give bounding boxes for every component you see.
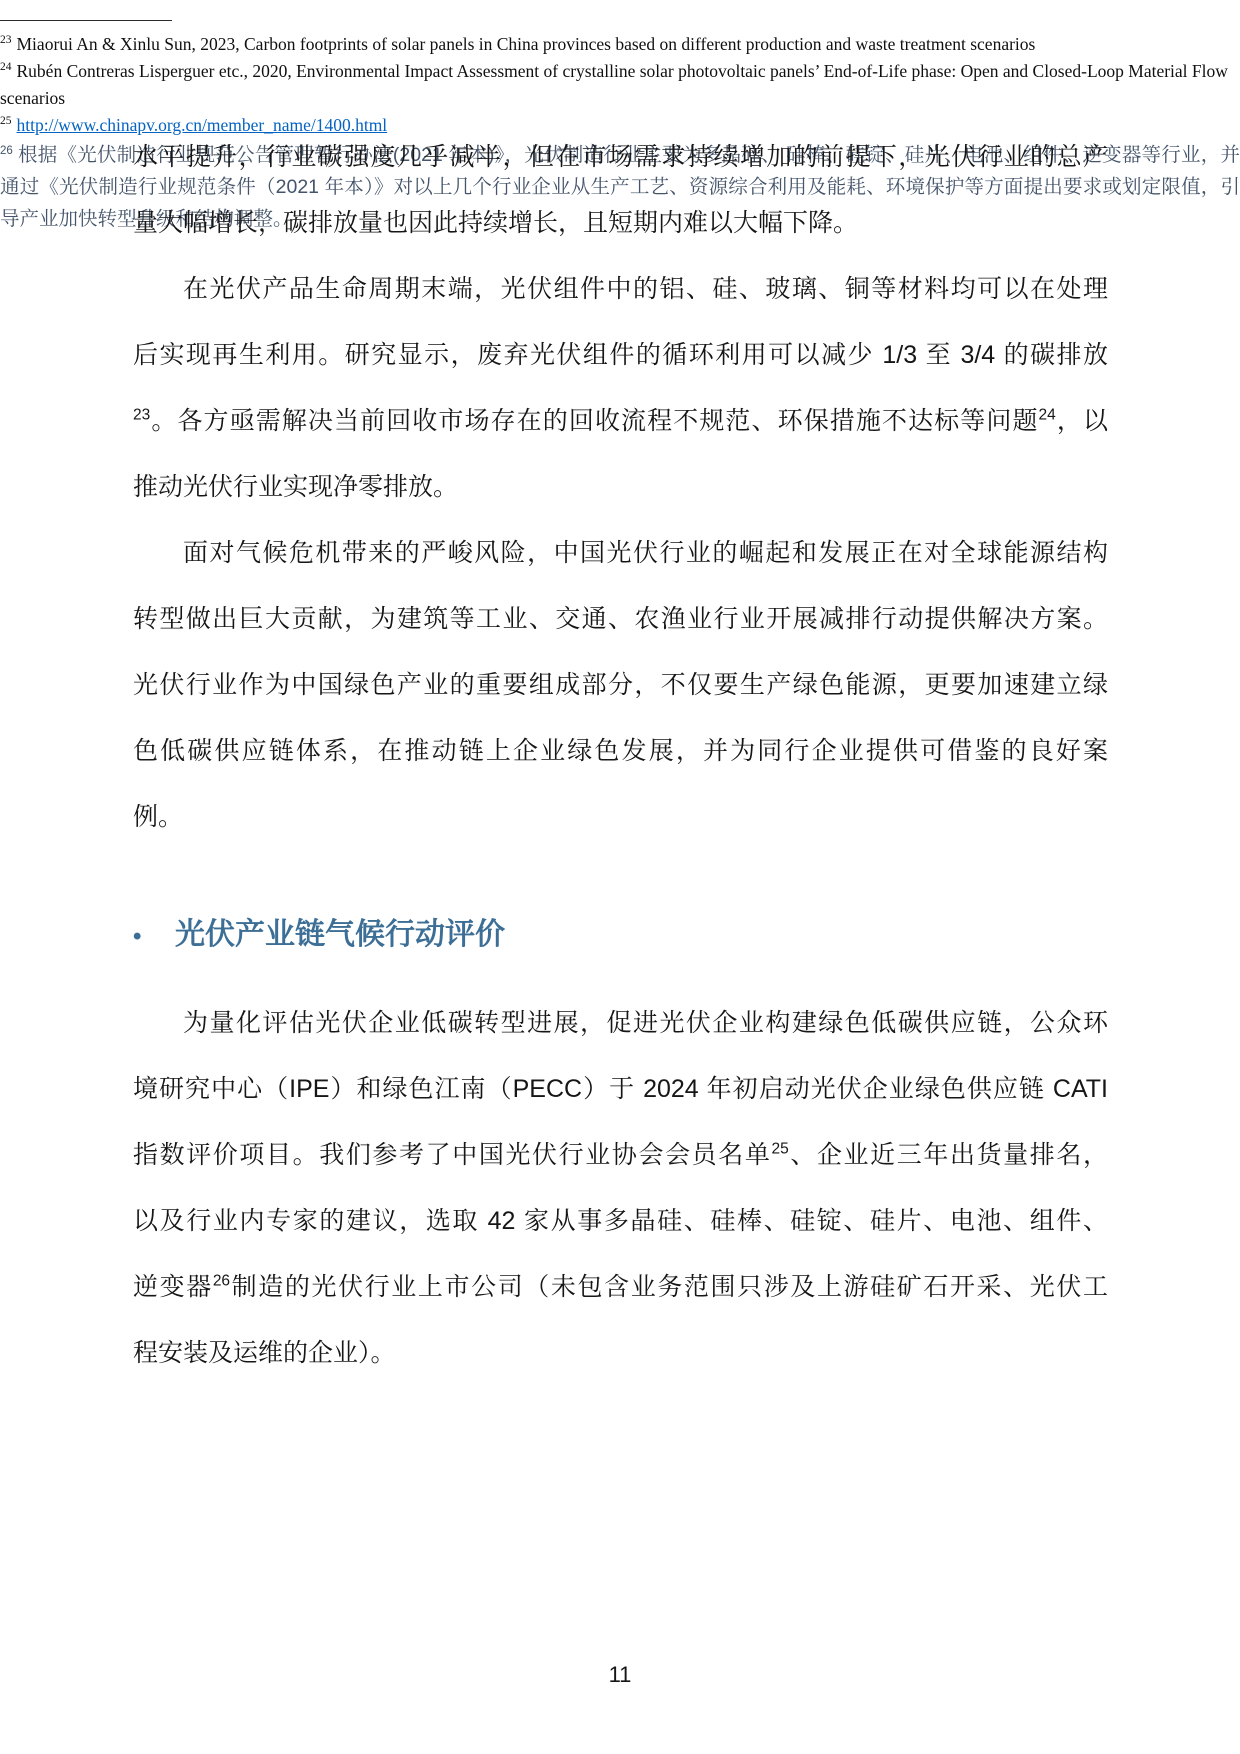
footnote-ref[interactable]: 24 (1039, 407, 1056, 424)
text-line: 色低碳供应链体系，在推动链上企业绿色发展，并为同行企业提供可借鉴的良好案 (133, 718, 1108, 784)
text-line: 转型做出巨大贡献，为建筑等工业、交通、农渔业行业开展减排行动提供解决方案。 (133, 586, 1108, 652)
footnote-marker: 24 (0, 61, 12, 73)
text-segment: 逆变器 (133, 1273, 213, 1301)
paragraph: 为量化评估光伏企业低碳转型进展，促进光伏企业构建绿色低碳供应链，公众环境研究中心… (133, 990, 1108, 1386)
text-line: 后实现再生利用。研究显示，废弃光伏组件的循环利用可以减少 1/3 至 3/4 的… (133, 322, 1108, 388)
section-heading: •光伏产业链气候行动评价 (133, 912, 1108, 960)
text-line: 面对气候危机带来的严峻风险，中国光伏行业的崛起和发展正在对全球能源结构 (133, 520, 1108, 586)
text-segment: 为量化评估光伏企业低碳转型进展，促进光伏企业构建绿色低碳供应链，公众环 (183, 1009, 1108, 1037)
text-segment: ，以 (1056, 407, 1108, 435)
text-line: 例。 (133, 784, 1108, 850)
text-line: 在光伏产品生命周期末端，光伏组件中的铝、硅、玻璃、铜等材料均可以在处理 (133, 256, 1108, 322)
text-line: 以及行业内专家的建议，选取 42 家从事多晶硅、硅棒、硅锭、硅片、电池、组件、 (133, 1188, 1108, 1254)
footnote-separator (0, 20, 172, 21)
page-number: 11 (0, 1662, 1240, 1688)
text-line: 程安装及运维的企业）。 (133, 1320, 1108, 1386)
text-segment: 在光伏产品生命周期末端，光伏组件中的铝、硅、玻璃、铜等材料均可以在处理 (183, 275, 1108, 303)
text-line: 推动光伏行业实现净零排放。 (133, 454, 1108, 520)
text-segment: 量大幅增长，碳排放量也因此持续增长，且短期内难以大幅下降。 (133, 209, 858, 237)
bullet-icon: • (133, 914, 175, 960)
footnote: 24Rubén Contreras Lisperguer etc., 2020,… (0, 58, 1240, 112)
text-line: 指数评价项目。我们参考了中国光伏行业协会会员名单25、企业近三年出货量排名， (133, 1122, 1108, 1188)
text-segment: 转型做出巨大贡献，为建筑等工业、交通、农渔业行业开展减排行动提供解决方案。 (133, 605, 1108, 633)
body-content: 水平提升，行业碳强度几乎减半，但在市场需求持续增加的前提下，光伏行业的总产量大幅… (133, 124, 1108, 1386)
footnote-marker: 23 (0, 34, 12, 46)
footnote-ref[interactable]: 25 (771, 1141, 788, 1158)
text-line: 23。各方亟需解决当前回收市场存在的回收流程不规范、环保措施不达标等问题24，以 (133, 388, 1108, 454)
section-heading-title: 光伏产业链气候行动评价 (175, 912, 505, 958)
text-segment: 光伏行业作为中国绿色产业的重要组成部分，不仅要生产绿色能源，更要加速建立绿 (133, 671, 1108, 699)
text-segment: 面对气候危机带来的严峻风险，中国光伏行业的崛起和发展正在对全球能源结构 (183, 539, 1108, 567)
text-line: 为量化评估光伏企业低碳转型进展，促进光伏企业构建绿色低碳供应链，公众环 (133, 990, 1108, 1056)
text-line: 逆变器26制造的光伏行业上市公司（未包含业务范围只涉及上游硅矿石开采、光伏工 (133, 1254, 1108, 1320)
text-segment: 色低碳供应链体系，在推动链上企业绿色发展，并为同行企业提供可借鉴的良好案 (133, 737, 1108, 765)
footnote-ref[interactable]: 26 (213, 1273, 230, 1290)
text-segment: 境研究中心（IPE）和绿色江南（PECC）于 2024 年初启动光伏企业绿色供应… (133, 1075, 1108, 1103)
footnote-text: Rubén Contreras Lisperguer etc., 2020, E… (0, 61, 1228, 108)
text-segment: 。各方亟需解决当前回收市场存在的回收流程不规范、环保措施不达标等问题 (150, 407, 1038, 435)
text-segment: 指数评价项目。我们参考了中国光伏行业协会会员名单 (133, 1141, 771, 1169)
text-segment: 例。 (133, 803, 183, 831)
text-line: 光伏行业作为中国绿色产业的重要组成部分，不仅要生产绿色能源，更要加速建立绿 (133, 652, 1108, 718)
paragraph: 面对气候危机带来的严峻风险，中国光伏行业的崛起和发展正在对全球能源结构转型做出巨… (133, 520, 1108, 850)
text-segment: 、企业近三年出货量排名， (789, 1141, 1108, 1169)
text-line: 量大幅增长，碳排放量也因此持续增长，且短期内难以大幅下降。 (133, 190, 1108, 256)
footnote-marker: 25 (0, 115, 12, 127)
footnote-ref[interactable]: 23 (133, 407, 150, 424)
text-line: 境研究中心（IPE）和绿色江南（PECC）于 2024 年初启动光伏企业绿色供应… (133, 1056, 1108, 1122)
footnote-marker: 26 (0, 145, 13, 157)
text-segment: 水平提升，行业碳强度几乎减半，但在市场需求持续增加的前提下，光伏行业的总产 (133, 143, 1108, 171)
text-line: 水平提升，行业碳强度几乎减半，但在市场需求持续增加的前提下，光伏行业的总产 (133, 124, 1108, 190)
paragraph: 水平提升，行业碳强度几乎减半，但在市场需求持续增加的前提下，光伏行业的总产量大幅… (133, 124, 1108, 256)
text-segment: 以及行业内专家的建议，选取 42 家从事多晶硅、硅棒、硅锭、硅片、电池、组件、 (133, 1207, 1108, 1235)
text-segment: 后实现再生利用。研究显示，废弃光伏组件的循环利用可以减少 1/3 至 3/4 的… (133, 341, 1108, 369)
text-segment: 程安装及运维的企业）。 (133, 1339, 396, 1367)
document-page: 水平提升，行业碳强度几乎减半，但在市场需求持续增加的前提下，光伏行业的总产量大幅… (0, 0, 1240, 1754)
text-segment: 制造的光伏行业上市公司（未包含业务范围只涉及上游硅矿石开采、光伏工 (230, 1273, 1108, 1301)
footnote: 23Miaorui An & Xinlu Sun, 2023, Carbon f… (0, 31, 1240, 58)
text-segment: 推动光伏行业实现净零排放。 (133, 473, 458, 501)
footnote-text: Miaorui An & Xinlu Sun, 2023, Carbon foo… (17, 34, 1036, 54)
paragraph: 在光伏产品生命周期末端，光伏组件中的铝、硅、玻璃、铜等材料均可以在处理后实现再生… (133, 256, 1108, 520)
